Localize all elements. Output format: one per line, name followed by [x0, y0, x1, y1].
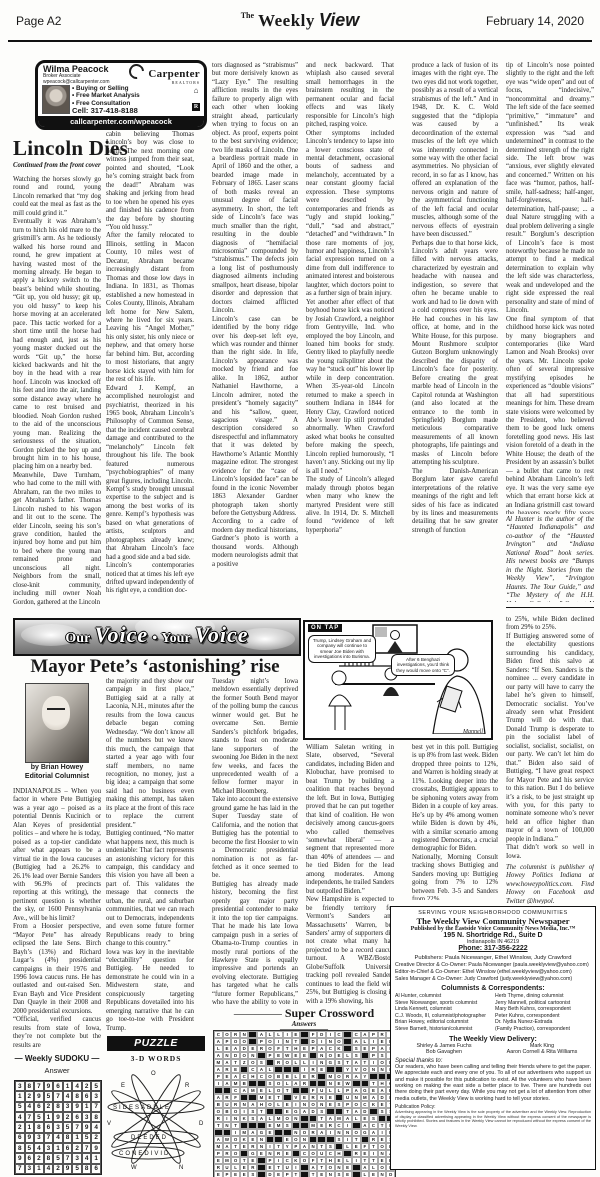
black-cell [309, 1115, 318, 1122]
letter-cell: 9 [25, 1133, 35, 1143]
letter-cell: P [214, 1073, 223, 1080]
letter-cell: A [369, 1129, 378, 1136]
credit-line: Bob Gavaghen [395, 1049, 493, 1056]
byline-title: Editorial Columnist [13, 773, 101, 782]
letter-cell: A [300, 1108, 309, 1115]
black-cell [240, 1150, 249, 1157]
letter-cell: I [369, 1059, 378, 1066]
black-cell [257, 1052, 266, 1059]
letter-cell: N [257, 1143, 266, 1150]
letter-cell: N [326, 1080, 335, 1087]
letter-cell: B [214, 1101, 223, 1108]
letter-cell: U [283, 1164, 292, 1171]
letter-cell: A [214, 1066, 223, 1073]
letter-cell: O [309, 1150, 318, 1157]
phone-line[interactable]: Phone: 317-356-2222 [395, 945, 591, 952]
letter-cell: T [274, 1143, 283, 1150]
letter-cell: N [317, 1059, 326, 1066]
letter-cell: H [378, 1080, 387, 1087]
letter-cell: 1 [15, 1091, 25, 1101]
black-cell [361, 1136, 370, 1143]
crossword-title: Super Crossword [285, 1006, 374, 1020]
letter-cell: 9 [72, 1102, 82, 1112]
letter-cell: A [240, 1087, 249, 1094]
letter-cell: S [369, 1115, 378, 1122]
letter-cell: R [378, 1031, 387, 1038]
letter-cell: O [240, 1038, 249, 1045]
letter-cell: 5 [91, 1081, 101, 1091]
letter-cell: A [257, 1115, 266, 1122]
letter-cell: 5 [53, 1153, 63, 1163]
letter-cell: 2 [63, 1112, 73, 1122]
letter-cell: N [378, 1171, 387, 1177]
letter-cell: W [283, 1052, 292, 1059]
letter-cell: C [248, 1066, 257, 1073]
letter-cell: A [309, 1164, 318, 1171]
letter-cell: I [378, 1129, 387, 1136]
letter-cell: P [223, 1038, 232, 1045]
black-cell [266, 1108, 275, 1115]
crossword-answer-grid: CORNALLIEFDICCAPRIAPOOPOINTDINOALIENLEAD… [213, 1030, 396, 1177]
letter-cell: 4 [53, 1133, 63, 1143]
letter-cell: E [240, 1143, 249, 1150]
letter-cell: 7 [91, 1102, 101, 1112]
letter-cell: 3 [72, 1153, 82, 1163]
letter-cell: N [326, 1171, 335, 1177]
our-voice-banner: Our Voice • Your Voice [13, 618, 301, 656]
letter-cell: P [214, 1150, 223, 1157]
equal-housing-icon: ⌂ [191, 87, 201, 95]
letter-cell: O [231, 1108, 240, 1115]
letter-cell: R [214, 1115, 223, 1122]
letter-cell: C [326, 1045, 335, 1052]
letter-cell: L [266, 1087, 275, 1094]
black-cell [343, 1038, 352, 1045]
letter-cell: P [292, 1143, 301, 1150]
letter-cell: A [292, 1080, 301, 1087]
letter-cell: T [317, 1164, 326, 1171]
letter-cell: E [378, 1157, 387, 1164]
letter-cell: L [361, 1038, 370, 1045]
letter-cell: B [240, 1080, 249, 1087]
black-cell [361, 1080, 370, 1087]
black-cell [309, 1080, 318, 1087]
letter-cell: O [378, 1059, 387, 1066]
letter-cell: 6 [44, 1122, 54, 1132]
letter-cell: 4 [25, 1102, 35, 1112]
black-cell [369, 1108, 378, 1115]
letter-cell: E [300, 1045, 309, 1052]
letter-cell: A [214, 1136, 223, 1143]
lincoln-col6: tip of Lincoln’s nose pointed slightly t… [506, 62, 594, 514]
letter-cell: 9 [91, 1143, 101, 1153]
crossword-answers-label: Answers [213, 1020, 395, 1028]
letter-cell: N [309, 1143, 318, 1150]
lincoln-col1: Watching the horses slowly go round and … [13, 176, 101, 628]
columnists-right: Herb Thyme, dining columnistJerry Mannel… [495, 993, 591, 1033]
letter-cell: E [231, 1171, 240, 1177]
carpenter-logo: Carpenter REALTORS [129, 64, 200, 85]
letter-cell: S [283, 1122, 292, 1129]
black-cell [266, 1136, 275, 1143]
svg-text:N: N [179, 1165, 185, 1171]
letter-cell: Y [283, 1143, 292, 1150]
letter-cell: 7 [25, 1112, 35, 1122]
letter-cell: H [326, 1157, 335, 1164]
letter-cell: B [274, 1073, 283, 1080]
letter-cell: 8 [91, 1112, 101, 1122]
letter-cell: M [257, 1094, 266, 1101]
letter-cell: L [274, 1031, 283, 1038]
letter-cell: 8 [44, 1153, 54, 1163]
letter-cell: I [326, 1129, 335, 1136]
letter-cell: A [361, 1122, 370, 1129]
letter-cell: E [335, 1157, 344, 1164]
credit-line: Peter Kuhns, correspondent [495, 1013, 591, 1020]
letter-cell: T [283, 1045, 292, 1052]
letter-cell: E [300, 1052, 309, 1059]
svg-text:R: R [185, 1083, 191, 1089]
black-cell [300, 1122, 309, 1129]
special-thanks-text: Our readers, who have been calling and t… [395, 1064, 591, 1102]
letter-cell: R [352, 1150, 361, 1157]
publication-policy-text: Advertising appearing in the Weekly View… [395, 1110, 591, 1128]
lincoln-author-bio: Al Hunter is the author of the “Haunted … [506, 516, 594, 602]
letter-cell: S [317, 1108, 326, 1115]
credit-line: Dr. Nydia Nunez-Estrada [495, 1019, 591, 1026]
letter-cell: E [274, 1052, 283, 1059]
black-cell [335, 1094, 344, 1101]
letter-cell: 3 [91, 1091, 101, 1101]
letter-cell: N [248, 1052, 257, 1059]
letter-cell: 3 [82, 1112, 92, 1122]
letter-cell: 7 [53, 1091, 63, 1101]
letter-cell: 4 [72, 1081, 82, 1091]
letter-cell: A [248, 1101, 257, 1108]
letter-cell: 2 [34, 1153, 44, 1163]
letter-cell: E [352, 1143, 361, 1150]
letter-cell: 9 [82, 1122, 92, 1132]
letter-cell: O [283, 1059, 292, 1066]
letter-cell: E [361, 1150, 370, 1157]
svg-text:W: W [131, 1165, 139, 1171]
letter-cell: 6 [63, 1143, 73, 1153]
svg-text:O: O [151, 1071, 158, 1077]
letter-cell: A [257, 1031, 266, 1038]
letter-cell: K [335, 1045, 344, 1052]
letter-cell: E [231, 1066, 240, 1073]
letter-cell: 2 [82, 1081, 92, 1091]
letter-cell: 1 [44, 1112, 54, 1122]
black-cell [317, 1080, 326, 1087]
letter-cell: I [326, 1031, 335, 1038]
letter-cell: T [240, 1157, 249, 1164]
letter-cell: N [317, 1094, 326, 1101]
letter-cell: V [352, 1066, 361, 1073]
street-address: 195 N. Shortridge Rd., Suite D [395, 932, 591, 939]
letter-cell: O [300, 1129, 309, 1136]
letter-cell: 8 [72, 1091, 82, 1101]
black-cell [240, 1122, 249, 1129]
letter-cell: 4 [82, 1153, 92, 1163]
community-title: The Weekly View Community Newspaper [395, 916, 591, 926]
letter-cell: O [335, 1073, 344, 1080]
letter-cell: T [343, 1108, 352, 1115]
realtor-r-icon: R [192, 103, 200, 111]
letter-cell: L [361, 1171, 370, 1177]
letter-cell: A [223, 1143, 232, 1150]
black-cell [343, 1150, 352, 1157]
letter-cell: R [223, 1066, 232, 1073]
letter-cell: E [317, 1066, 326, 1073]
banner-voice-1: Voice [94, 622, 148, 647]
letter-cell: 1 [82, 1102, 92, 1112]
letter-cell: O [274, 1087, 283, 1094]
letter-cell: L [231, 1164, 240, 1171]
letter-cell: E [292, 1052, 301, 1059]
letter-cell: I [266, 1143, 275, 1150]
letter-cell: L [266, 1066, 275, 1073]
letter-cell: I [292, 1164, 301, 1171]
letter-cell: C [231, 1087, 240, 1094]
letter-cell: P [369, 1045, 378, 1052]
letter-cell: E [317, 1171, 326, 1177]
letter-cell: A [352, 1073, 361, 1080]
community-info-box: SERVING YOUR NEIGHBORHOOD COMMUNITIES Th… [390, 906, 596, 1170]
letter-cell: E [214, 1157, 223, 1164]
issue-date: February 14, 2020 [486, 14, 584, 28]
letter-cell: A [214, 1052, 223, 1059]
black-cell [240, 1066, 249, 1073]
letter-cell: 2 [72, 1143, 82, 1153]
speech-bubble-left: Trump, Lindsey Graham and company will c… [308, 635, 376, 663]
black-cell [352, 1122, 361, 1129]
letter-cell: E [292, 1031, 301, 1038]
letter-cell: O [240, 1052, 249, 1059]
letter-cell: M [274, 1122, 283, 1129]
letter-cell: R [257, 1045, 266, 1052]
lincoln-col3: tors diagnosed as “strabismus” but more … [212, 62, 298, 648]
letter-cell: C [240, 1073, 249, 1080]
letter-cell: R [248, 1143, 257, 1150]
letter-cell: O [326, 1052, 335, 1059]
letter-cell: E [343, 1171, 352, 1177]
letter-cell: U [317, 1150, 326, 1157]
letter-cell: E [240, 1171, 249, 1177]
letter-cell: B [283, 1073, 292, 1080]
letter-cell: G [292, 1108, 301, 1115]
black-cell [223, 1129, 232, 1136]
letter-cell: O [231, 1157, 240, 1164]
black-cell [283, 1094, 292, 1101]
black-cell [335, 1108, 344, 1115]
letter-cell: 7 [82, 1143, 92, 1153]
columnists-left: Al Hunter, columnistSteve Nicewanger, sp… [395, 993, 491, 1033]
letter-cell: M [274, 1115, 283, 1122]
letter-cell: O [292, 1136, 301, 1143]
black-cell [378, 1115, 387, 1122]
black-cell [343, 1031, 352, 1038]
letter-cell: E [248, 1045, 257, 1052]
ad-icons: ⌂ R [191, 87, 201, 113]
ad-cell-phone[interactable]: Cell: 317-418-8188 [72, 107, 140, 114]
letter-cell: S [335, 1171, 344, 1177]
letter-cell: E [300, 1094, 309, 1101]
letter-cell: I [343, 1122, 352, 1129]
letter-cell: 9 [53, 1112, 63, 1122]
black-cell [248, 1122, 257, 1129]
letter-cell: L [266, 1115, 275, 1122]
letter-cell: E [248, 1157, 257, 1164]
lincoln-col2: cabin believing Thomas Lincoln’s boy was… [106, 131, 194, 628]
letter-cell: C [214, 1031, 223, 1038]
letter-cell: N [223, 1122, 232, 1129]
ad-website-bar[interactable]: callcarpenter.com/wpeacock [38, 116, 204, 127]
letter-cell: P [266, 1157, 275, 1164]
letter-cell: I [231, 1129, 240, 1136]
black-cell [352, 1164, 361, 1171]
letter-cell: I [369, 1038, 378, 1045]
threed-words-answer-art: SIDESADDLE DEEDED CONEDIVID OER VDWN [101, 1063, 211, 1175]
letter-cell: N [231, 1115, 240, 1122]
letter-cell: Z [240, 1059, 249, 1066]
black-cell [257, 1157, 266, 1164]
letter-cell: E [378, 1101, 387, 1108]
letter-cell: I [214, 1080, 223, 1087]
threed-word-3: CONEDIVID [119, 1151, 170, 1157]
black-cell [283, 1066, 292, 1073]
letter-cell: 7 [63, 1153, 73, 1163]
letter-cell: U [317, 1087, 326, 1094]
letter-cell: 3 [15, 1081, 25, 1091]
letter-cell: E [266, 1094, 275, 1101]
letter-cell: 5 [25, 1143, 35, 1153]
letter-cell: O [378, 1164, 387, 1171]
letter-cell: 2 [91, 1133, 101, 1143]
letter-cell: E [369, 1171, 378, 1177]
letter-cell: R [369, 1136, 378, 1143]
letter-cell: L [343, 1157, 352, 1164]
letter-cell: K [292, 1157, 301, 1164]
page-header: Page A2 The Weekly View February 14, 202… [0, 8, 600, 38]
letter-cell: 3 [25, 1164, 35, 1174]
letter-cell: 2 [44, 1102, 54, 1112]
letter-cell: E [266, 1129, 275, 1136]
letter-cell: L [292, 1073, 301, 1080]
letter-cell: A [378, 1045, 387, 1052]
letter-cell: I [283, 1031, 292, 1038]
letter-cell: N [266, 1150, 275, 1157]
letter-cell: L [352, 1115, 361, 1122]
letter-cell: M [309, 1122, 318, 1129]
black-cell [352, 1080, 361, 1087]
letter-cell: U [223, 1101, 232, 1108]
letter-cell: E [378, 1038, 387, 1045]
publishers-line: Publishers: Paula Nicewanger, Ethel Wins… [395, 955, 591, 961]
owners-list: Creative Director & Co-Owner: Paula Nice… [395, 962, 591, 982]
credit-line: Aaron Cornell & Rita Williams [493, 1049, 591, 1056]
letter-cell: G [326, 1059, 335, 1066]
letter-cell: W [343, 1080, 352, 1087]
editorial-cartoon: ON TAP Trump, Lindsey Graham and company… [303, 620, 493, 740]
letter-cell: T [352, 1136, 361, 1143]
howey-colF: to 25%, while Biden declined from 29% to… [506, 616, 594, 864]
letter-cell: S [335, 1059, 344, 1066]
black-cell [248, 1094, 257, 1101]
letter-cell: 7 [15, 1164, 25, 1174]
letter-cell: N [292, 1129, 301, 1136]
letter-cell: M [214, 1143, 223, 1150]
black-cell [335, 1143, 344, 1150]
letter-cell: R [343, 1073, 352, 1080]
credit-line: Shirley & James Fuchs [395, 1043, 493, 1050]
black-cell [257, 1164, 266, 1171]
letter-cell: D [386, 1171, 395, 1177]
letter-cell: O [231, 1150, 240, 1157]
letter-cell: 1 [91, 1153, 101, 1163]
letter-cell: 6 [91, 1164, 101, 1174]
letter-cell: 4 [91, 1122, 101, 1132]
letter-cell: D [240, 1045, 249, 1052]
letter-cell: 8 [15, 1143, 25, 1153]
letter-cell: R [274, 1059, 283, 1066]
letter-cell: O [300, 1157, 309, 1164]
letter-cell: L [343, 1143, 352, 1150]
letter-cell: 6 [53, 1081, 63, 1091]
letter-cell: R [309, 1129, 318, 1136]
letter-cell: D [231, 1052, 240, 1059]
letter-cell: L [335, 1087, 344, 1094]
black-cell [326, 1066, 335, 1073]
letter-cell: 9 [34, 1091, 44, 1101]
letter-cell: O [266, 1045, 275, 1052]
letter-cell: A [343, 1115, 352, 1122]
letter-cell: 5 [82, 1133, 92, 1143]
letter-cell: 4 [34, 1143, 44, 1153]
letter-cell: H [292, 1045, 301, 1052]
letter-cell: T [361, 1157, 370, 1164]
howey-colA: INDIANAPOLIS – When you factor in where … [13, 788, 101, 1052]
letter-cell: P [369, 1052, 378, 1059]
letter-cell: S [335, 1101, 344, 1108]
letter-cell: R [274, 1150, 283, 1157]
columnists-header: Columnists & Correspondents: [395, 985, 591, 992]
letter-cell: T [292, 1171, 301, 1177]
letter-cell: E [257, 1087, 266, 1094]
letter-cell: L [369, 1164, 378, 1171]
letter-cell: L [300, 1059, 309, 1066]
letter-cell: N [283, 1038, 292, 1045]
letter-cell: N [335, 1129, 344, 1136]
letter-cell: F [274, 1045, 283, 1052]
black-cell [274, 1108, 283, 1115]
letter-cell: A [231, 1045, 240, 1052]
letter-cell: S [326, 1143, 335, 1150]
credit-line: (Family Practice), correspondent [495, 1026, 591, 1033]
on-tap-label: ON TAP [308, 624, 342, 632]
letter-cell: L [283, 1080, 292, 1087]
letter-cell: L [274, 1101, 283, 1108]
puzzle-answers-banner: PUZZLE ANSWERS [107, 1036, 205, 1051]
letter-cell: A [352, 1038, 361, 1045]
letter-cell: L [326, 1087, 335, 1094]
letter-cell: E [283, 1136, 292, 1143]
black-cell [223, 1087, 232, 1094]
letter-cell: E [266, 1122, 275, 1129]
letter-cell: 5 [63, 1122, 73, 1132]
realtor-ad[interactable]: Wilma Peacock Broker Associate wpeacock@… [35, 60, 207, 130]
letter-cell: R [300, 1080, 309, 1087]
